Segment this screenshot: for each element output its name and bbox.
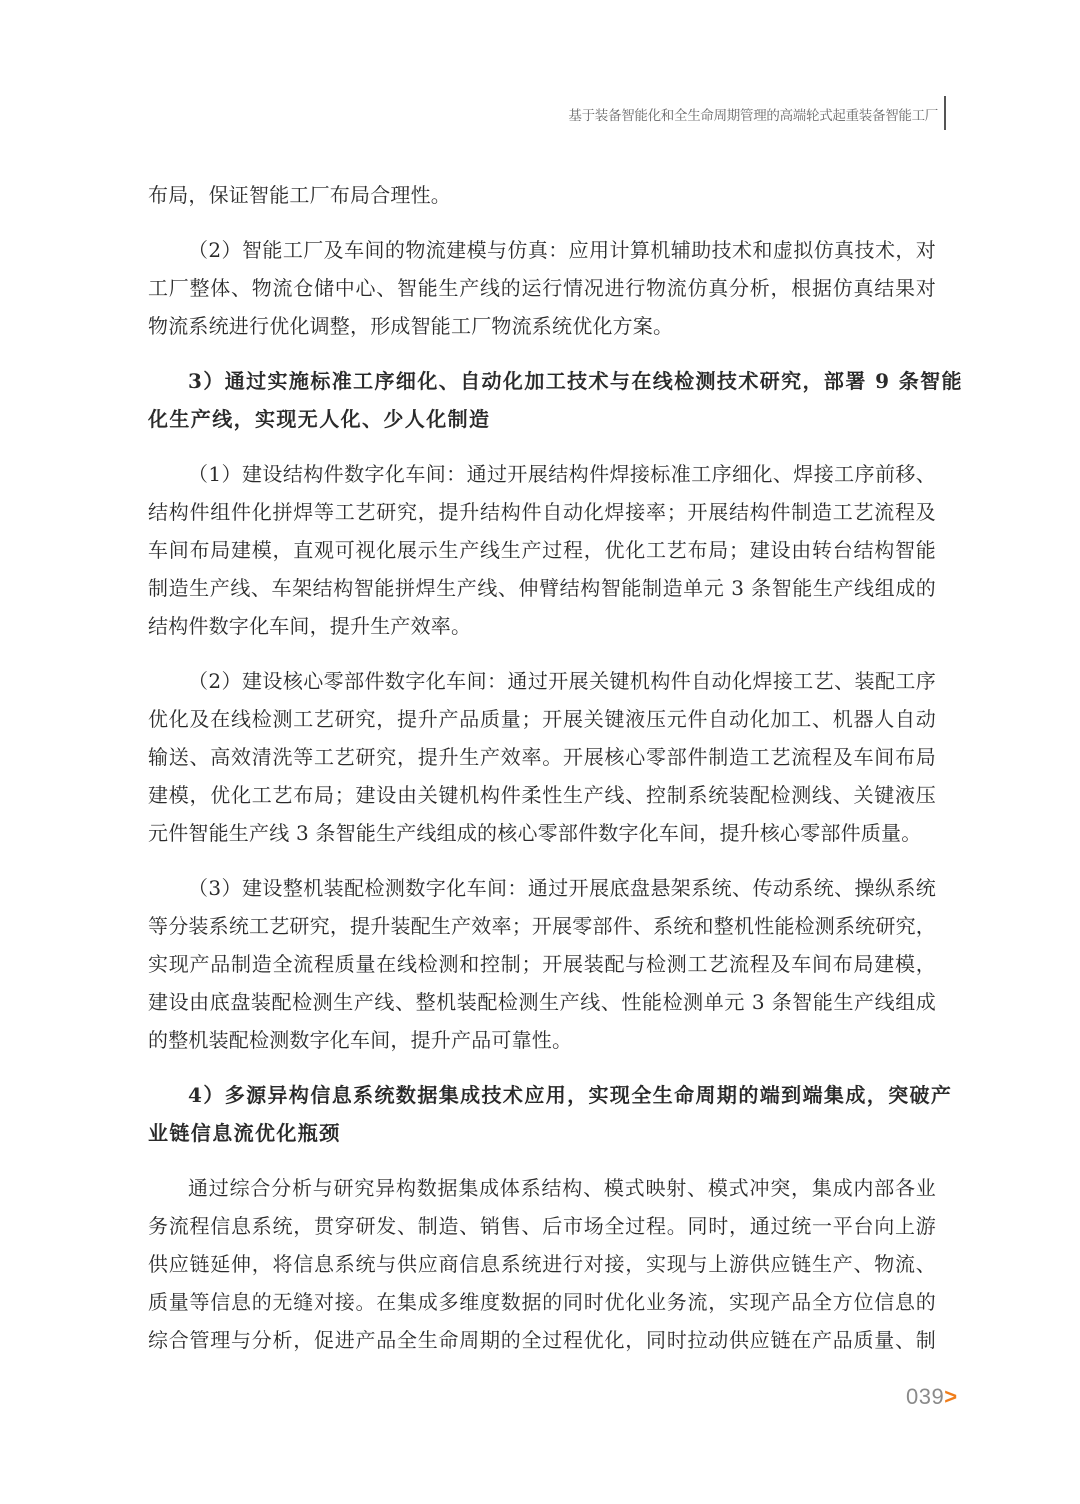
paragraph: 布局，保证智能工厂布局合理性。 [148, 176, 936, 214]
text-line: 等分装系统工艺研究，提升装配生产效率；开展零部件、系统和整机性能检测系统研究， [148, 907, 936, 945]
next-arrow-icon: > [944, 1384, 957, 1409]
text-line: 物流系统进行优化调整，形成智能工厂物流系统优化方案。 [148, 307, 936, 345]
text-line: 结构件组件化拼焊等工艺研究，提升结构件自动化焊接率；开展结构件制造工艺流程及 [148, 493, 936, 531]
text-line: （3）建设整机装配检测数字化车间：通过开展底盘悬架系统、传动系统、操纵系统 [148, 869, 936, 907]
text-line: 综合管理与分析，促进产品全生命周期的全过程优化，同时拉动供应链在产品质量、制 [148, 1321, 936, 1359]
paragraph: 通过综合分析与研究异构数据集成体系结构、模式映射、模式冲突，集成内部各业 务流程… [148, 1169, 936, 1359]
paragraph: （2）智能工厂及车间的物流建模与仿真：应用计算机辅助技术和虚拟仿真技术，对 工厂… [148, 231, 936, 345]
text-line: 车间布局建模，直观可视化展示生产线生产过程，优化工艺布局；建设由转台结构智能 [148, 531, 936, 569]
paragraph: （1）建设结构件数字化车间：通过开展结构件焊接标准工序细化、焊接工序前移、 结构… [148, 455, 936, 645]
text-line: 工厂整体、物流仓储中心、智能生产线的运行情况进行物流仿真分析，根据仿真结果对 [148, 269, 936, 307]
text-line: 建设由底盘装配检测生产线、整机装配检测生产线、性能检测单元 3 条智能生产线组成 [148, 983, 936, 1021]
text-line: （2）建设核心零部件数字化车间：通过开展关键机构件自动化焊接工艺、装配工序 [148, 662, 936, 700]
page-number-text: 039 [906, 1384, 944, 1409]
text-line: 通过综合分析与研究异构数据集成体系结构、模式映射、模式冲突，集成内部各业 [148, 1169, 936, 1207]
paragraph: （3）建设整机装配检测数字化车间：通过开展底盘悬架系统、传动系统、操纵系统 等分… [148, 869, 936, 1059]
text-line: （2）智能工厂及车间的物流建模与仿真：应用计算机辅助技术和虚拟仿真技术，对 [148, 231, 936, 269]
text-line: 结构件数字化车间，提升生产效率。 [148, 607, 936, 645]
heading-line: 业链信息流优化瓶颈 [148, 1114, 936, 1152]
heading-line: 3）通过实施标准工序细化、自动化加工技术与在线检测技术研究，部署 9 条智能 [148, 362, 936, 400]
text-line: 布局，保证智能工厂布局合理性。 [148, 176, 936, 214]
text-line: 的整机装配检测数字化车间，提升产品可靠性。 [148, 1021, 936, 1059]
text-line: （1）建设结构件数字化车间：通过开展结构件焊接标准工序细化、焊接工序前移、 [148, 455, 936, 493]
text-line: 质量等信息的无缝对接。在集成多维度数据的同时优化业务流，实现产品全方位信息的 [148, 1283, 936, 1321]
text-line: 输送、高效清洗等工艺研究，提升生产效率。开展核心零部件制造工艺流程及车间布局 [148, 738, 936, 776]
running-header-title: 基于装备智能化和全生命周期管理的高端轮式起重装备智能工厂 [568, 104, 938, 124]
text-line: 优化及在线检测工艺研究，提升产品质量；开展关键液压元件自动化加工、机器人自动 [148, 700, 936, 738]
header-divider [944, 96, 946, 130]
heading-line: 4）多源异构信息系统数据集成技术应用，实现全生命周期的端到端集成，突破产 [148, 1076, 936, 1114]
text-line: 元件智能生产线 3 条智能生产线组成的核心零部件数字化车间，提升核心零部件质量。 [148, 814, 936, 852]
text-line: 实现产品制造全流程质量在线检测和控制；开展装配与检测工艺流程及车间布局建模， [148, 945, 936, 983]
heading-line: 化生产线，实现无人化、少人化制造 [148, 400, 936, 438]
text-line: 制造生产线、车架结构智能拼焊生产线、伸臂结构智能制造单元 3 条智能生产线组成的 [148, 569, 936, 607]
section-heading: 3）通过实施标准工序细化、自动化加工技术与在线检测技术研究，部署 9 条智能 化… [148, 362, 936, 438]
text-line: 供应链延伸，将信息系统与供应商信息系统进行对接，实现与上游供应链生产、物流、 [148, 1245, 936, 1283]
document-body: 布局，保证智能工厂布局合理性。 （2）智能工厂及车间的物流建模与仿真：应用计算机… [148, 176, 936, 1376]
text-line: 务流程信息系统，贯穿研发、制造、销售、后市场全过程。同时，通过统一平台向上游 [148, 1207, 936, 1245]
text-line: 建模，优化工艺布局；建设由关键机构件柔性生产线、控制系统装配检测线、关键液压 [148, 776, 936, 814]
paragraph: （2）建设核心零部件数字化车间：通过开展关键机构件自动化焊接工艺、装配工序 优化… [148, 662, 936, 852]
page-number: 039> [906, 1384, 958, 1410]
section-heading: 4）多源异构信息系统数据集成技术应用，实现全生命周期的端到端集成，突破产 业链信… [148, 1076, 936, 1152]
